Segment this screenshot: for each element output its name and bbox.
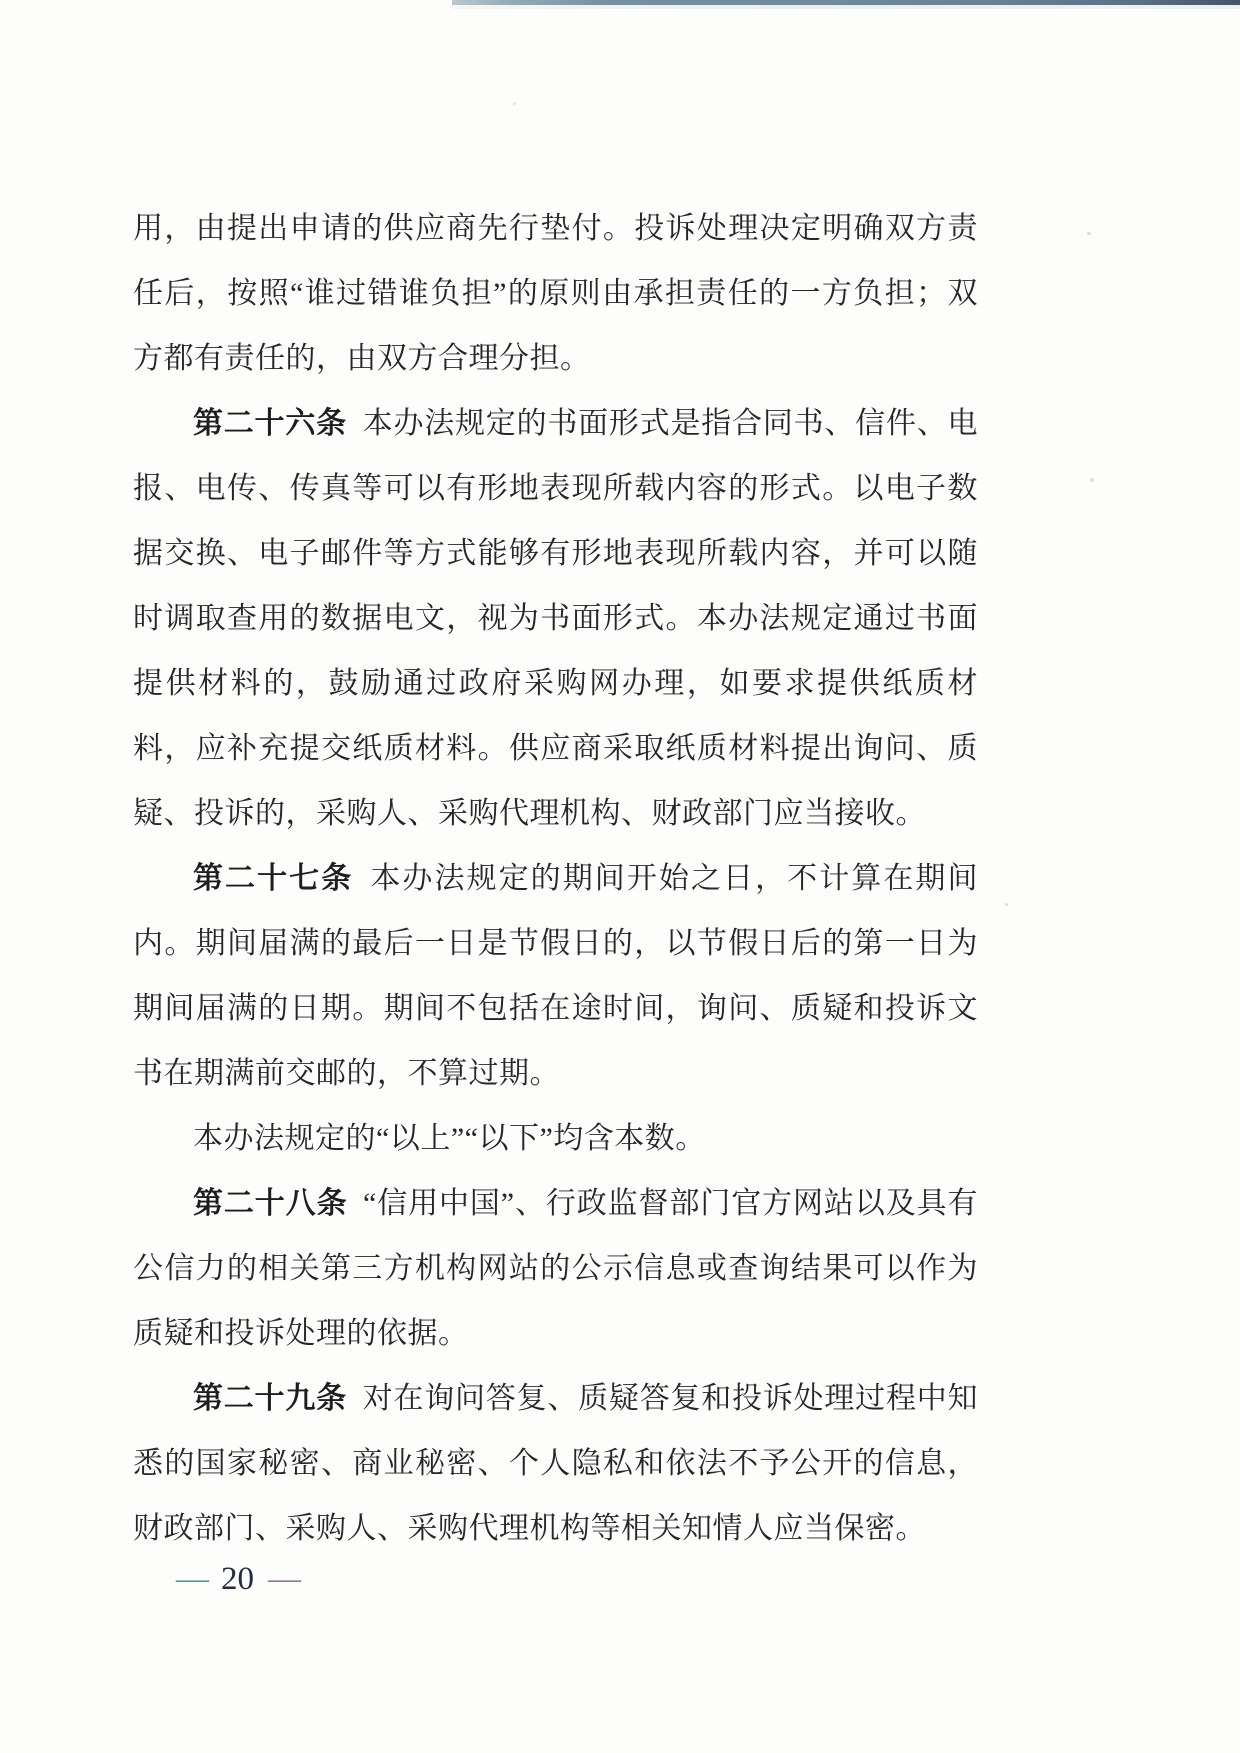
scan-speck [513,102,516,105]
footer-dash-right: — [268,1556,299,1602]
scanner-artifact-glow [452,5,1240,9]
scan-speck [1087,232,1091,235]
page-number: 20 [221,1556,254,1602]
article-number: 第二十七条 [193,862,353,895]
paragraph-text: 本办法规定的期间开始之日，不计算在期间内。期间届满的最后一日是节假日的，以节假日… [133,862,978,1090]
paragraph-text: 本办法规定的书面形式是指合同书、信件、电报、电传、传真等可以有形地表现所载内容的… [133,407,978,830]
paragraph: 第二十九条 对在询问答复、质疑答复和投诉处理过程中知悉的国家秘密、商业秘密、个人… [133,1366,978,1561]
paragraph-text: 本办法规定的“以上”“以下”均含本数。 [193,1122,706,1155]
document-body: 用，由提出申请的供应商先行垫付。投诉处理决定明确双方责任后，按照“谁过错谁负担”… [133,196,978,1561]
page-footer: — 20 — [176,1556,299,1602]
scanned-document-page: 用，由提出申请的供应商先行垫付。投诉处理决定明确双方责任后，按照“谁过错谁负担”… [0,0,1240,1753]
paragraph: 本办法规定的“以上”“以下”均含本数。 [133,1106,978,1171]
article-number: 第二十六条 [193,407,347,440]
footer-dash-left: — [176,1556,207,1602]
paragraph: 用，由提出申请的供应商先行垫付。投诉处理决定明确双方责任后，按照“谁过错谁负担”… [133,196,978,391]
paragraph: 第二十八条 “信用中国”、行政监督部门官方网站以及具有公信力的相关第三方机构网站… [133,1171,978,1366]
paragraph: 第二十六条 本办法规定的书面形式是指合同书、信件、电报、电传、传真等可以有形地表… [133,391,978,846]
scan-speck [1090,478,1094,482]
paragraph-text: 用，由提出申请的供应商先行垫付。投诉处理决定明确双方责任后，按照“谁过错谁负担”… [133,212,978,375]
article-number: 第二十九条 [193,1382,347,1415]
scan-speck [1005,903,1008,906]
article-number: 第二十八条 [193,1187,347,1220]
paragraph: 第二十七条 本办法规定的期间开始之日，不计算在期间内。期间届满的最后一日是节假日… [133,846,978,1106]
